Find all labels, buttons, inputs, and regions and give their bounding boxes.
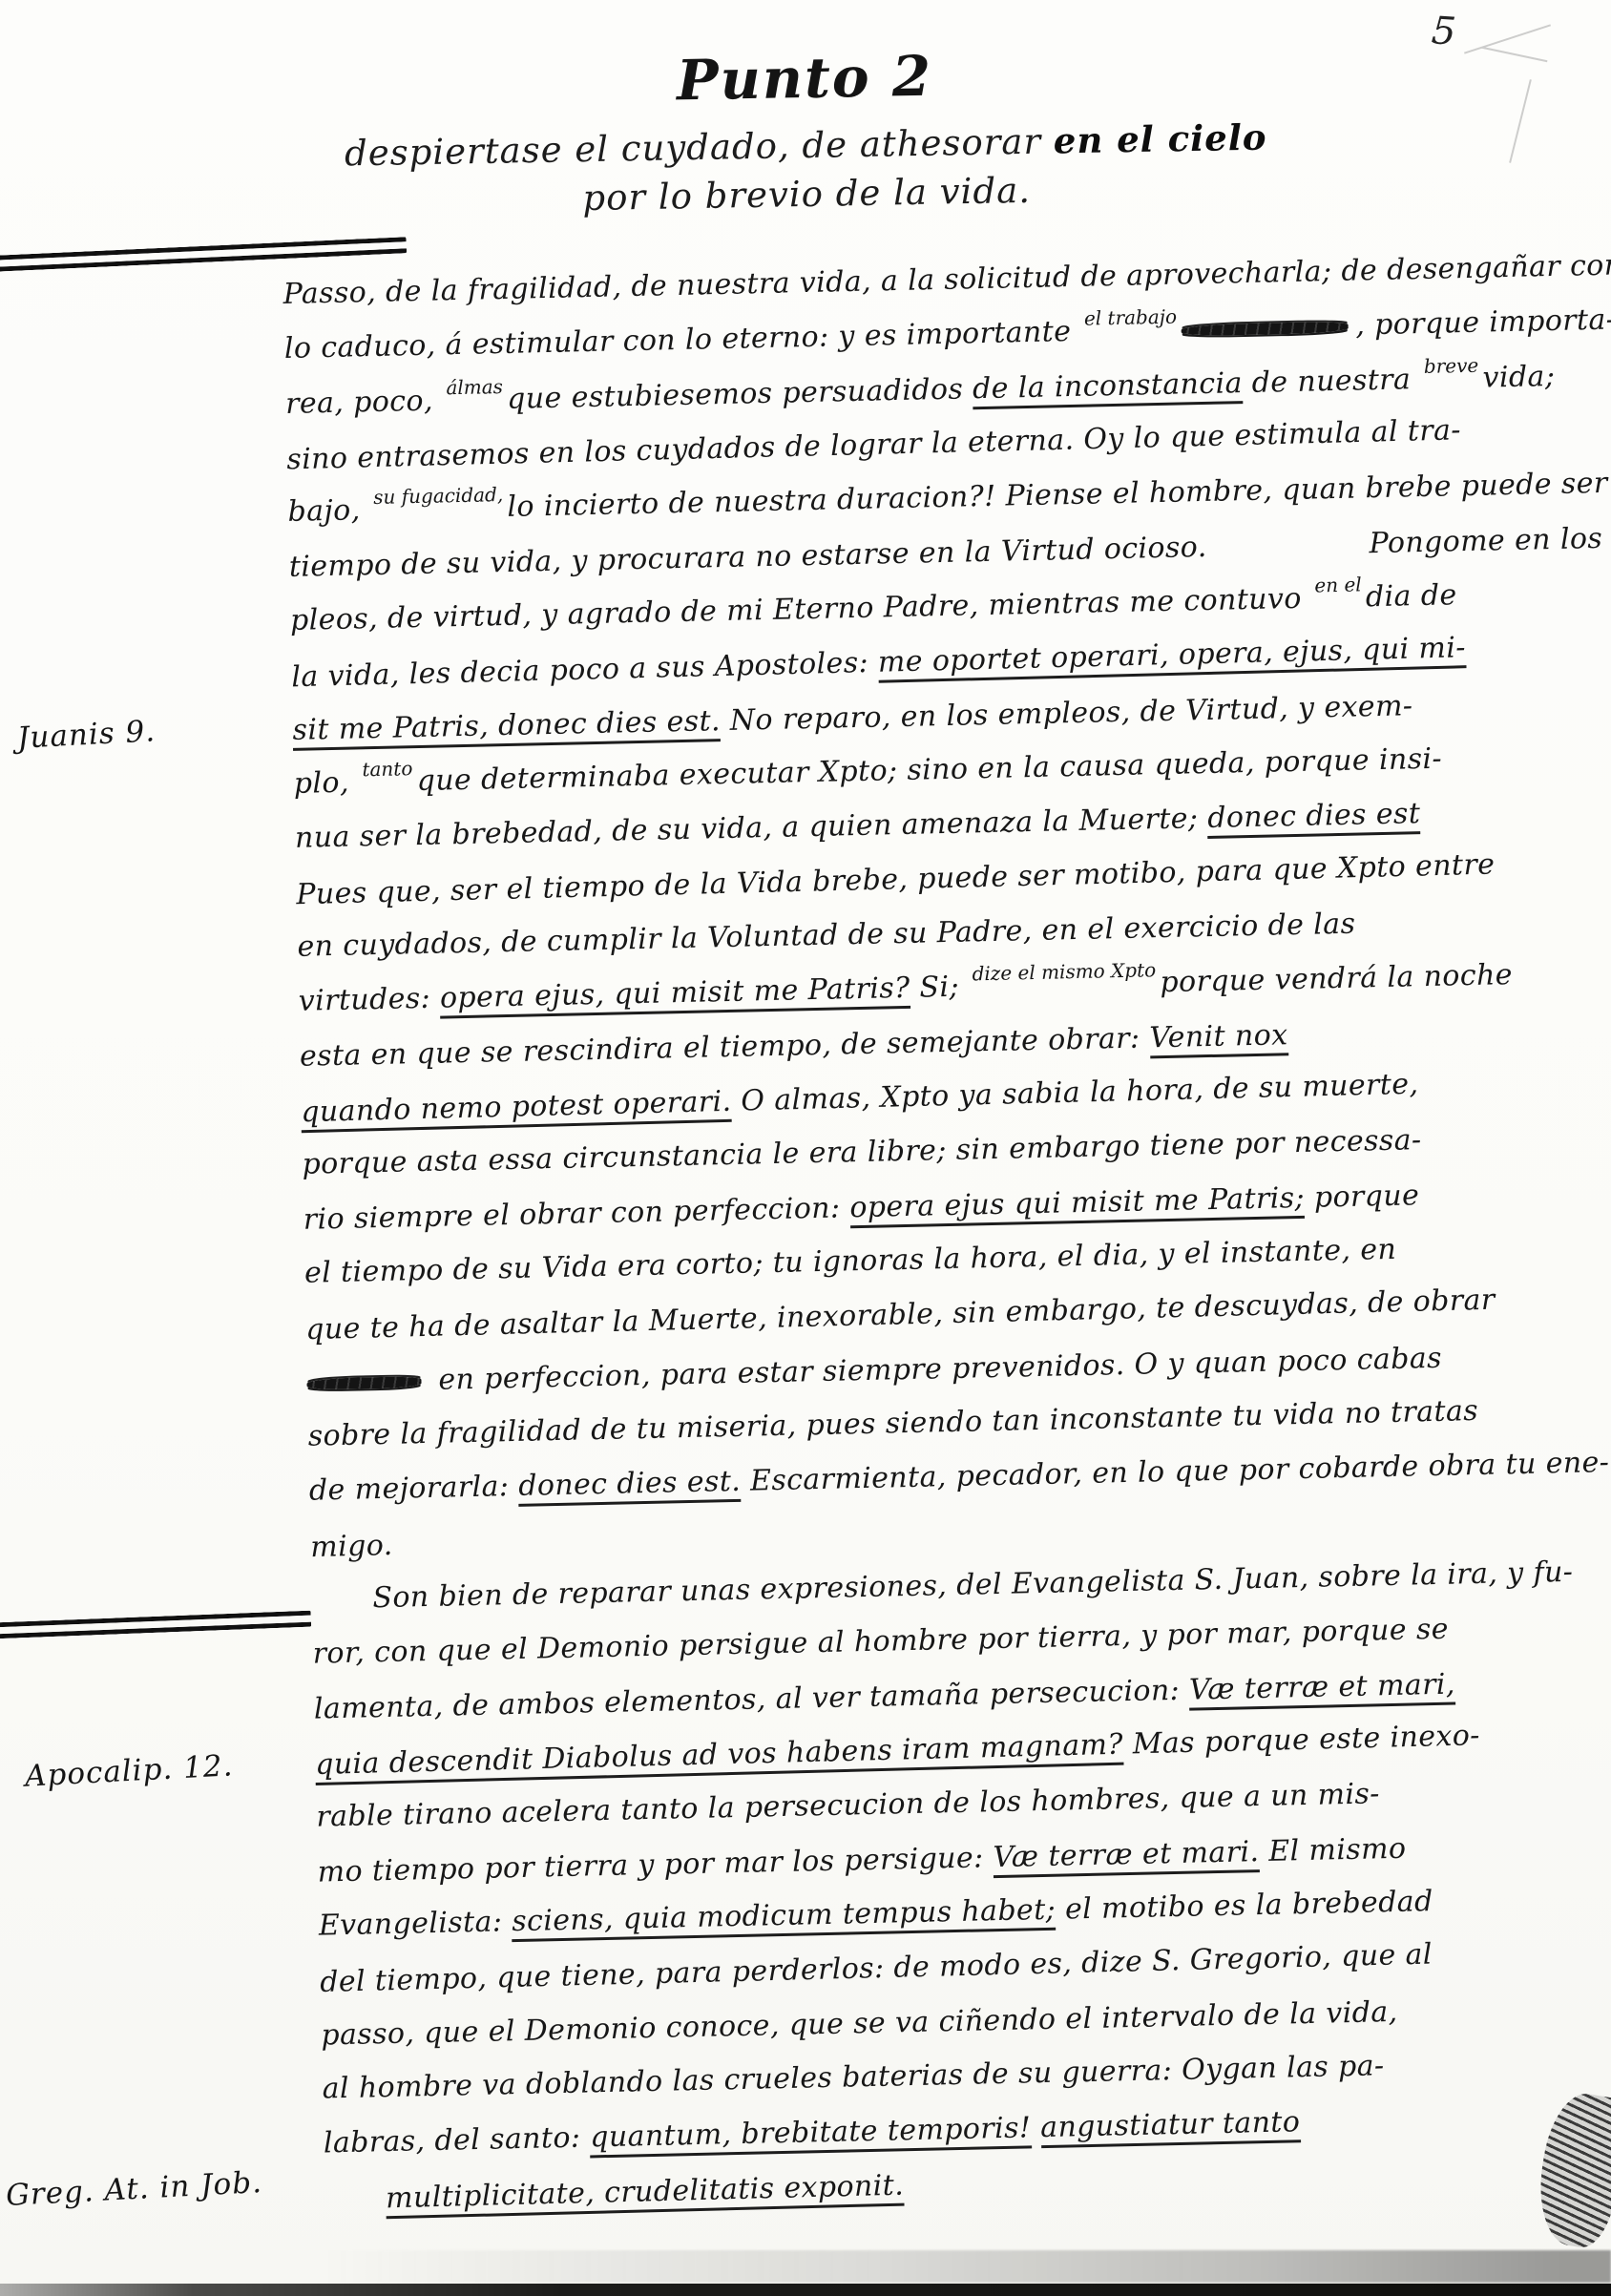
interlinear-insertion: dize el mismo Xpto [972, 960, 1156, 983]
handwritten-text: en perfeccion, para estar siempre preven… [429, 1342, 1442, 1397]
interlinear-insertion: el trabajo [1084, 307, 1178, 328]
underlined-latin-quote: sciens, quia modicum tempus habet; [512, 1893, 1057, 1942]
underlined-latin-quote: donec dies est. [518, 1465, 742, 1507]
handwritten-text: de mejorarla: [309, 1470, 519, 1508]
subtitle-text: despiertase el cuydado, de athesorar [345, 120, 1055, 174]
handwritten-text: O almas, Xpto ya sabia la hora, de su mu… [731, 1068, 1419, 1118]
handwritten-text: Pongome en los em- [1369, 520, 1611, 560]
handwritten-text: vida; [1482, 360, 1555, 395]
handwritten-text: Si; [910, 971, 969, 1005]
handwritten-text: rea, poco, [285, 384, 443, 421]
underlined-latin-quote: de la inconstancia [973, 366, 1244, 409]
interlinear-insertion: en el [1314, 574, 1362, 595]
underlined-latin-quote: me oportet operari, opera, ejus, qui mi- [877, 631, 1466, 683]
underlined-latin-quote: quando nemo potest operari. [301, 1085, 732, 1133]
handwritten-text: dia de [1366, 578, 1457, 614]
handwritten-text: que estubiesemos persuadidos [507, 372, 973, 416]
scribbled-out-word [306, 1376, 421, 1390]
handwritten-text: Mas porque este inexo- [1122, 1719, 1480, 1761]
handwritten-text: , porque importa- [1355, 303, 1611, 343]
section-title: Punto 2 [0, 31, 1611, 124]
handwritten-text: No reparo, en los empleos, de Virtud, y … [721, 689, 1413, 738]
handwritten-text: la vida, les decia poco a sus Apostoles: [291, 646, 878, 695]
handwritten-text: Evangelista: [319, 1905, 513, 1942]
underlined-latin-quote: angustiatur tanto [1040, 2105, 1301, 2148]
interlinear-insertion: álmas [446, 377, 503, 397]
handwritten-text: de nuestra [1242, 363, 1420, 400]
handwritten-text: el motibo es la brebedad [1056, 1885, 1433, 1927]
scribbled-out-word [1181, 322, 1348, 337]
scan-edge-shadow [0, 2284, 1611, 2296]
handwritten-text: nua ser la brebedad, de su vida, a quien… [295, 802, 1208, 855]
underlined-latin-quote: Væ terræ et mari, [1189, 1668, 1456, 1711]
scan-bottom-haze [0, 2250, 1611, 2283]
margin-note-apocalypse12: Apocalip. 12. [24, 1748, 234, 1793]
handwritten-text: lo caduco, á estimular con lo eterno: y … [283, 315, 1080, 365]
interlinear-insertion: tanto [362, 759, 412, 779]
line-gap [1207, 553, 1370, 556]
margin-note-gregory-job: Greg. At. in Job. [5, 2165, 263, 2213]
handwritten-text [1031, 2111, 1041, 2144]
interlinear-insertion: breve [1424, 356, 1479, 376]
handwritten-text: rio siempre el obrar con perfeccion: [303, 1191, 849, 1236]
manuscript-body: Passo, de la fragilidad, de nuestra vida… [282, 239, 1611, 2225]
underlined-latin-quote: donec dies est [1207, 797, 1421, 839]
handwritten-text: El mismo [1259, 1832, 1407, 1868]
manuscript-page: 5 Punto 2 despiertase el cuydado, de ath… [0, 0, 1611, 2296]
underlined-latin-quote: Væ terræ et mari. [993, 1835, 1260, 1878]
handwritten-text: migo. [310, 1529, 393, 1564]
margin-double-rule-middle [0, 1611, 311, 1639]
handwritten-text: esta en que se rescindira el tiempo, de … [300, 1021, 1150, 1073]
underlined-latin-quote: opera ejus, qui misit me Patris? [440, 971, 910, 1019]
underlined-latin-quote: multiplicitate, crudelitatis exponit. [386, 2169, 905, 2220]
underlined-latin-quote: opera ejus qui misit me Patris; [849, 1181, 1305, 1228]
handwritten-text: porque [1305, 1179, 1420, 1215]
handwritten-text: bajo, [287, 493, 370, 529]
margin-note-john9: Juanis 9. [16, 714, 157, 756]
handwritten-text: labras, del santo: [324, 2120, 591, 2160]
handwritten-text: virtudes: [298, 982, 440, 1018]
underlined-latin-quote: Venit nox [1149, 1018, 1288, 1058]
handwritten-text: mo tiempo por tierra y por mar los persi… [317, 1841, 994, 1889]
handwritten-text: porque vendrá la noche [1160, 958, 1513, 999]
handwritten-text: tiempo de su vida, y procurara no estars… [288, 531, 1206, 584]
handwritten-text: plo, [293, 765, 359, 800]
subtitle-emphasis: en el cielo [1053, 116, 1266, 162]
interlinear-insertion: su fugacidad, [373, 485, 503, 507]
heading-block: Punto 2 despiertase el cuydado, de athes… [0, 31, 1611, 228]
underlined-latin-quote: quantum, brebitate temporis! [590, 2111, 1032, 2158]
underlined-latin-quote: sit me Patris, donec dies est. [292, 704, 721, 751]
